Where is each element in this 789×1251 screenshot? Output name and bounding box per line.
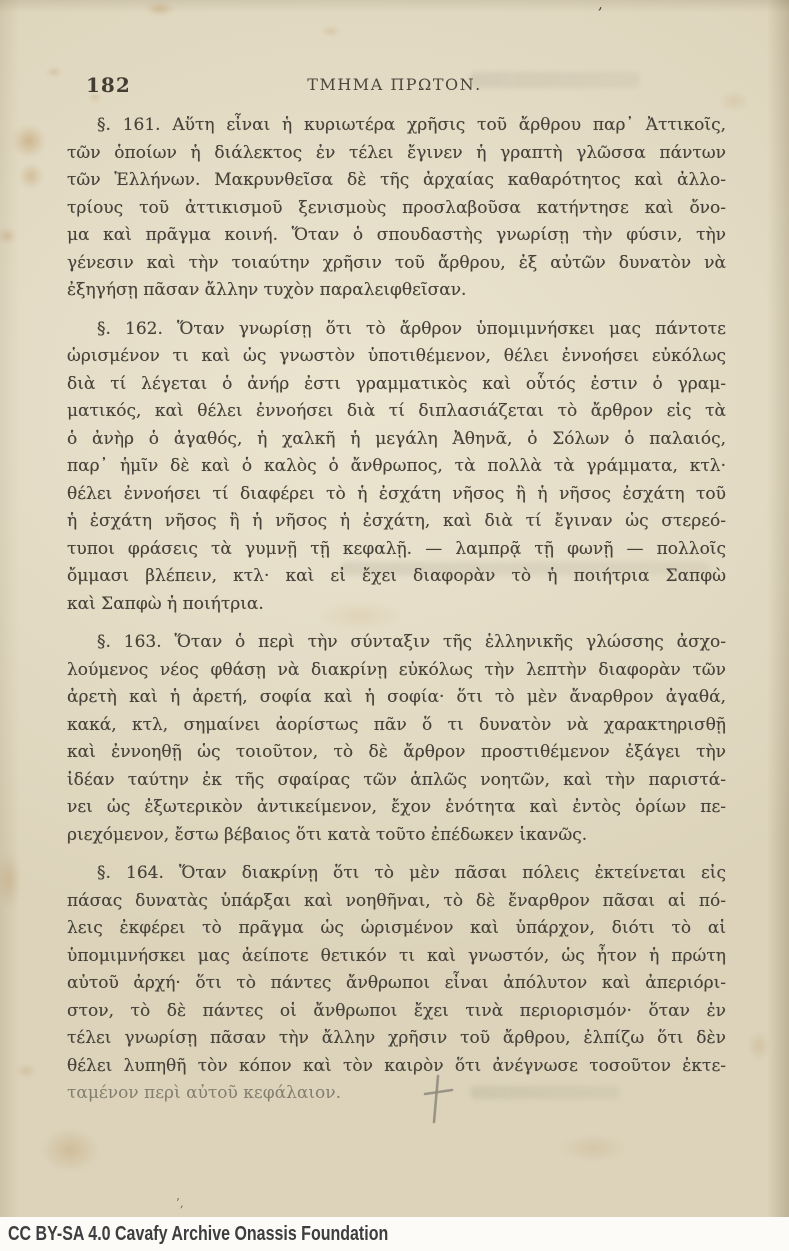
paragraph-164: §. 164. Ὅταν διακρίνῃ ὅτι τὸ μὲν πᾶσαι π… bbox=[67, 860, 726, 1108]
text-line: ταμένον περὶ αὐτοῦ κεφάλαιον. bbox=[67, 1080, 726, 1108]
text-line: §. 162. Ὅταν γνωρίσῃ ὅτι τὸ ἄρθρον ὑπομι… bbox=[67, 316, 726, 344]
stain bbox=[0, 225, 20, 247]
text-line: τῶν Ἑλλήνων. Μακρυνθεῖσα δὲ τῆς ἀρχαίας … bbox=[67, 167, 726, 195]
text-line: καὶ Σαπφὼ ἡ ποιήτρια. bbox=[67, 591, 726, 619]
paragraph-163: §. 163. Ὅταν ὁ περὶ τὴν σύνταξιν τῆς ἑλλ… bbox=[67, 629, 726, 849]
attribution-bar: CC BY-SA 4.0 Cavafy Archive Onassis Foun… bbox=[0, 1217, 789, 1251]
text-line: §. 161. Αὕτη εἶναι ἡ κυριωτέρα χρῆσις το… bbox=[67, 112, 726, 140]
scanned-book-page: 182 ΤΜΗΜΑ ΠΡΩΤΟΝ. §. 161. Αὕτη εἶναι ἡ κ… bbox=[0, 0, 789, 1251]
text-line: τῶν ὁποίων ἡ διάλεκτος ἐν τέλει ἔγινεν ἡ… bbox=[67, 140, 726, 168]
text-line: ὡρισμένον τι καὶ ὡς γνωστὸν ὑποτιθέμενον… bbox=[67, 343, 726, 371]
stain bbox=[744, 1026, 774, 1066]
stain bbox=[318, 24, 344, 38]
text-line: πάσας δυνατὰς ὑπάρξαι καὶ νοηθῆναι, τὸ δ… bbox=[67, 888, 726, 916]
text-line: ἡ ἐσχάτη νῆσος ἢ ἡ νῆσος ἡ ἐσχάτη, καὶ δ… bbox=[67, 508, 726, 536]
text-line: καὶ ἐννοηθῇ ὡς τοιοῦτον, τὸ δὲ ἄρθρον πρ… bbox=[67, 739, 726, 767]
text-line: ἐξηγήσῃ πᾶσαν ἄλλην τυχὸν παραλειφθεῖσαν… bbox=[67, 277, 726, 305]
running-head: ΤΜΗΜΑ ΠΡΩΤΟΝ. bbox=[0, 75, 789, 94]
page-body-text: §. 161. Αὕτη εἶναι ἡ κυριωτέρα χρῆσις το… bbox=[67, 112, 726, 1108]
text-line: νει ὡς ἐξωτερικὸν ἀντικείμενον, ἔχον ἑνό… bbox=[67, 794, 726, 822]
text-line: §. 164. Ὅταν διακρίνῃ ὅτι τὸ μὲν πᾶσαι π… bbox=[67, 860, 726, 888]
text-line: λούμενος νέος φθάσῃ νὰ διακρίνῃ εὐκόλως … bbox=[67, 657, 726, 685]
text-line: ὁ ἀνὴρ ὁ ἀγαθός, ἡ χαλκῆ ἡ μεγάλη Ἀθηνᾶ,… bbox=[67, 426, 726, 454]
text-line: διὰ τί λέγεται ὁ ἀνήρ ἐστι γραμματικὸς κ… bbox=[67, 371, 726, 399]
stain bbox=[12, 1062, 40, 1080]
stain bbox=[548, 1130, 638, 1166]
text-line: λεις ἐκφέρει τὸ πρᾶγμα ὡς ὡρισμένον καὶ … bbox=[67, 915, 726, 943]
stain bbox=[14, 158, 48, 194]
text-line: παρ᾽ ἡμῖν δὲ καὶ ὁ καλὸς ὁ ἄνθρωπος, τὰ … bbox=[67, 453, 726, 481]
text-line: θέλει ἐννοήσει τί διαφέρει τὸ ἡ ἐσχάτη ν… bbox=[67, 481, 726, 509]
pencil-cross-icon bbox=[422, 1070, 456, 1130]
stain bbox=[6, 118, 52, 164]
pen-mark: ’ bbox=[596, 4, 603, 22]
text-line: ἀρετὴ καὶ ἡ ἀρετή, σοφία καὶ ἡ σοφία· ὅτ… bbox=[67, 684, 726, 712]
text-line: §. 163. Ὅταν ὁ περὶ τὴν σύνταξιν τῆς ἑλλ… bbox=[67, 629, 726, 657]
text-line: θέλει λυπηθῆ τὸν κόπον καὶ τὸν καιρὸν ὅτ… bbox=[67, 1053, 726, 1081]
text-line: μα καὶ πρᾶγμα κοινή. Ὅταν ὁ σπουδαστὴς γ… bbox=[67, 222, 726, 250]
pen-mark: ’, bbox=[176, 1196, 184, 1210]
paragraph-162: §. 162. Ὅταν γνωρίσῃ ὅτι τὸ ἄρθρον ὑπομι… bbox=[67, 316, 726, 619]
text-line: τέλει γνωρίσῃ πᾶσαν τὴν ἄλλην χρῆσιν τοῦ… bbox=[67, 1025, 726, 1053]
text-line: στον, τὸ δὲ πάντες οἱ ἄνθρωποι ἔχει τινὰ… bbox=[67, 998, 726, 1026]
text-line: τυποι φράσεις τὰ γυμνῇ τῇ κεφαλῇ. — λαμπ… bbox=[67, 536, 726, 564]
text-line: ὑπομιμνήσκει μας ἀείποτε θετικόν τι καὶ … bbox=[67, 943, 726, 971]
stain bbox=[0, 840, 26, 920]
text-line: ὄμμασι βλέπειν, κτλ· καὶ εἰ ἔχει διαφορὰ… bbox=[67, 563, 726, 591]
text-line: ριεχόμενον, ἔστω βέβαιος ὅτι κατὰ τοῦτο … bbox=[67, 822, 726, 850]
paragraph-161: §. 161. Αὕτη εἶναι ἡ κυριωτέρα χρῆσις το… bbox=[67, 112, 726, 305]
attribution-text: CC BY-SA 4.0 Cavafy Archive Onassis Foun… bbox=[8, 1223, 388, 1246]
text-line: ματικός, καὶ θέλει ἐννοήσει διὰ τί διπλα… bbox=[67, 398, 726, 426]
stain bbox=[140, 0, 180, 18]
text-line: τρίους τοῦ ἀττικισμοῦ ξενισμοὺς προσλαβο… bbox=[67, 195, 726, 223]
text-line: γένεσιν καὶ τὴν τοιαύτην χρῆσιν τοῦ ἄρθρ… bbox=[67, 250, 726, 278]
text-line: αὐτοῦ ἀρχή· ὅτι τὸ πάντες ἄνθρωποι εἶναι… bbox=[67, 970, 726, 998]
text-line: ἰδέαν ταύτην ἐκ τῆς σφαίρας τῶν ἁπλῶς νο… bbox=[67, 767, 726, 795]
stain bbox=[30, 1120, 110, 1180]
text-line: κακά, κτλ, σημαίνει ἀορίστως πᾶν ὅ τι δυ… bbox=[67, 712, 726, 740]
